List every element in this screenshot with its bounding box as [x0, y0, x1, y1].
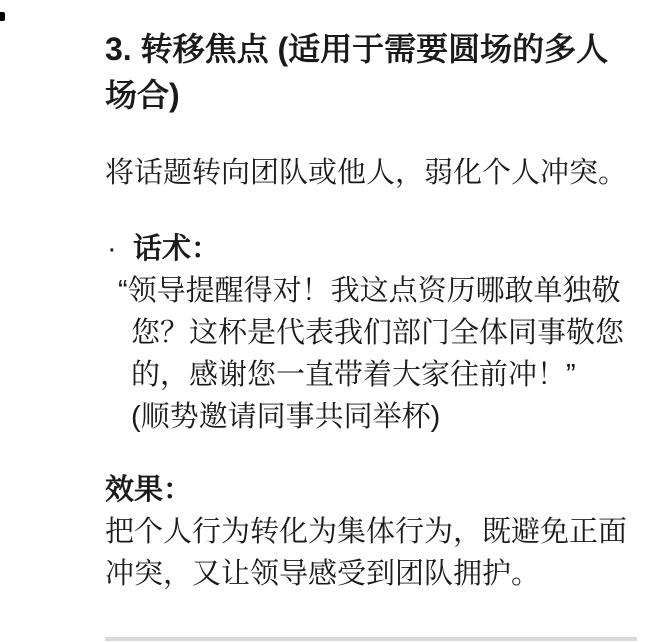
bullet-list: · 话术： “领导提醒得对！我这点资历哪敢单独敬 您？这杯是代表我们部门全体同事… [105, 228, 640, 438]
section-heading: 3. 转移焦点 (适用于需要圆场的多人 场合) [105, 26, 640, 118]
list-item: · 话术： [105, 228, 640, 270]
list-item-label: 话术： [133, 228, 220, 270]
effect-section: 效果： 把个人行为转化为集体行为，既避免正面 冲突，又让领导感受到团队拥护。 [105, 469, 640, 595]
quote-line-2: 您？这杯是代表我们部门全体同事敬您 [131, 312, 640, 354]
quote-line-4: (顺势邀请同事共同举杯) [131, 396, 640, 438]
quote-line-1: “领导提醒得对！我这点资历哪敢单独敬 [131, 270, 640, 312]
bullet-dot: · [105, 228, 133, 270]
intro-paragraph: 将话题转向团队或他人，弱化个人冲突。 [105, 152, 640, 194]
bottom-divider [105, 637, 637, 641]
effect-line-2: 冲突，又让领导感受到团队拥护。 [105, 553, 640, 595]
quote-block: “领导提醒得对！我这点资历哪敢单独敬 您？这杯是代表我们部门全体同事敬您 的，感… [131, 270, 640, 438]
section-heading-line-1: 3. 转移焦点 (适用于需要圆场的多人 [105, 26, 640, 72]
quote-line-3: 的，感谢您一直带着大家往前冲！” [131, 354, 640, 396]
effect-line-1: 把个人行为转化为集体行为，既避免正面 [105, 511, 640, 553]
screen-edge-artifact [0, 12, 5, 21]
effect-label: 效果： [105, 469, 640, 511]
section-heading-line-2: 场合) [105, 72, 640, 118]
document-page: 3. 转移焦点 (适用于需要圆场的多人 场合) 将话题转向团队或他人，弱化个人冲… [0, 0, 660, 643]
